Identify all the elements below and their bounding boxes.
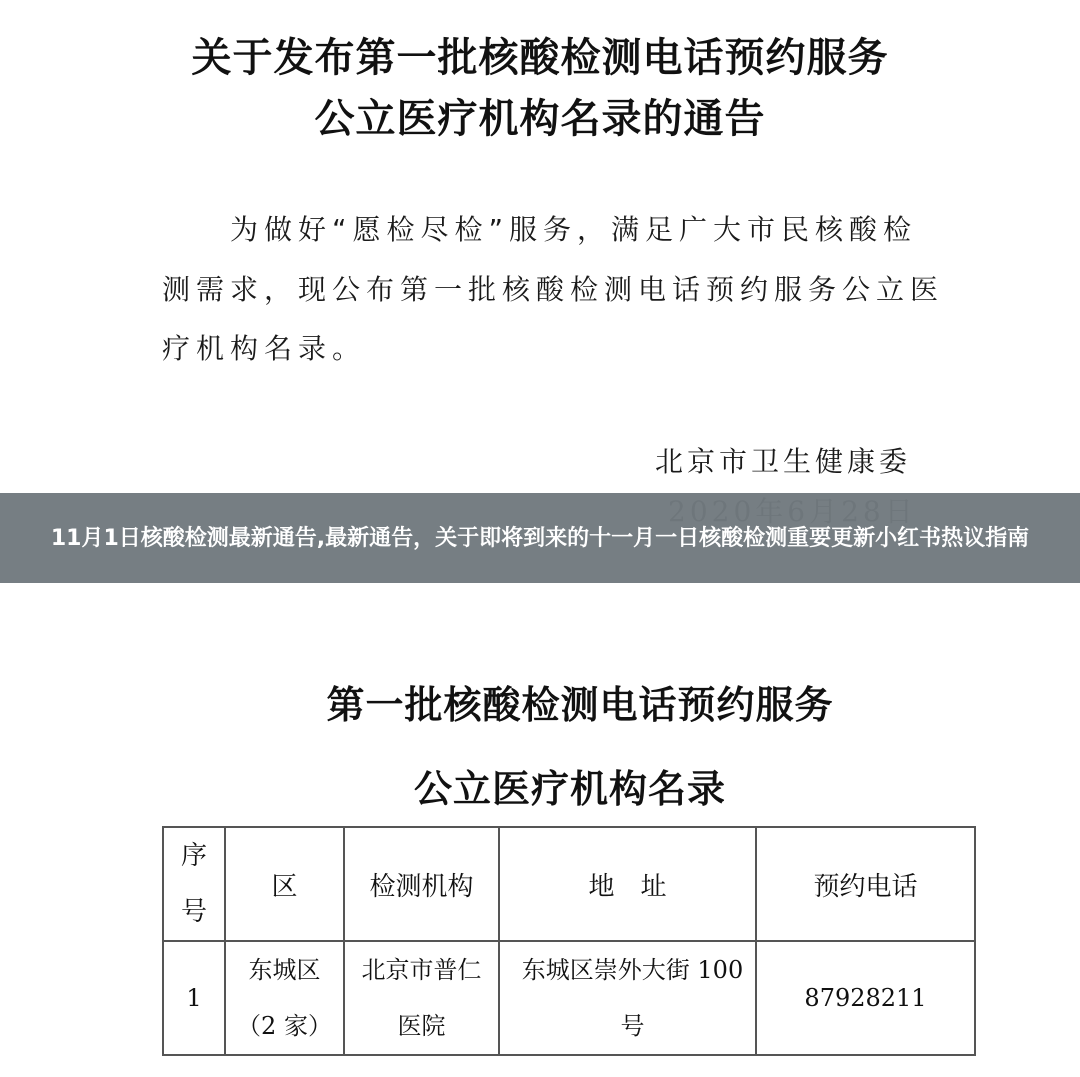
list-title-line2: 公立医疗机构名录 <box>30 758 1080 813</box>
table-header-row: 序 号 区 检测机构 地 址 预约电话 <box>163 827 975 941</box>
headline-banner: 11月1日核酸检测最新通告,最新通告，关于即将到来的十一月一日核酸检测重要更新小… <box>0 493 1080 583</box>
district-line1: 东城区 <box>226 942 343 998</box>
headline-text: 11月1日核酸检测最新通告,最新通告，关于即将到来的十一月一日核酸检测重要更新小… <box>35 523 1045 554</box>
column-header-institution: 检测机构 <box>344 827 499 941</box>
district-line2: （2 家） <box>226 998 343 1054</box>
cell-phone: 87928211 <box>756 941 975 1055</box>
notice-paragraph-line1: 为做好“愿检尽检”服务，满足广大市民核酸检 <box>230 208 917 248</box>
cell-address: 东城区崇外大街 100 号 <box>499 941 756 1055</box>
table-row: 1 东城区 （2 家） 北京市普仁 医院 东城区崇外大街 100 号 87928… <box>163 941 975 1055</box>
notice-title-line1: 关于发布第一批核酸检测电话预约服务 <box>0 26 1080 83</box>
column-header-district: 区 <box>225 827 344 941</box>
seq-header-line1: 序 <box>164 828 224 884</box>
notice-paragraph-line2: 测需求，现公布第一批核酸检测电话预约服务公立医 <box>162 268 944 308</box>
cell-district: 东城区 （2 家） <box>225 941 344 1055</box>
column-header-address: 地 址 <box>499 827 756 941</box>
institution-line1: 北京市普仁 <box>345 942 498 998</box>
institution-table: 序 号 区 检测机构 地 址 预约电话 1 东城区 （2 家） 北京市普仁 医院 <box>162 826 976 1056</box>
address-line1: 东城区崇外大街 100 <box>510 942 755 998</box>
list-title-line1: 第一批核酸检测电话预约服务 <box>40 674 1080 729</box>
notice-paragraph-line3: 疗机构名录。 <box>162 327 366 367</box>
notice-title-line2: 公立医疗机构名录的通告 <box>0 87 1080 144</box>
address-line2: 号 <box>510 998 755 1054</box>
column-header-phone: 预约电话 <box>756 827 975 941</box>
column-header-seq: 序 号 <box>163 827 225 941</box>
document-page: 关于发布第一批核酸检测电话预约服务 公立医疗机构名录的通告 为做好“愿检尽检”服… <box>0 0 1080 1077</box>
institution-line2: 医院 <box>345 998 498 1054</box>
cell-institution: 北京市普仁 医院 <box>344 941 499 1055</box>
seq-header-line2: 号 <box>164 884 224 940</box>
cell-seq: 1 <box>163 941 225 1055</box>
issuer-signature: 北京市卫生健康委 <box>655 440 911 480</box>
